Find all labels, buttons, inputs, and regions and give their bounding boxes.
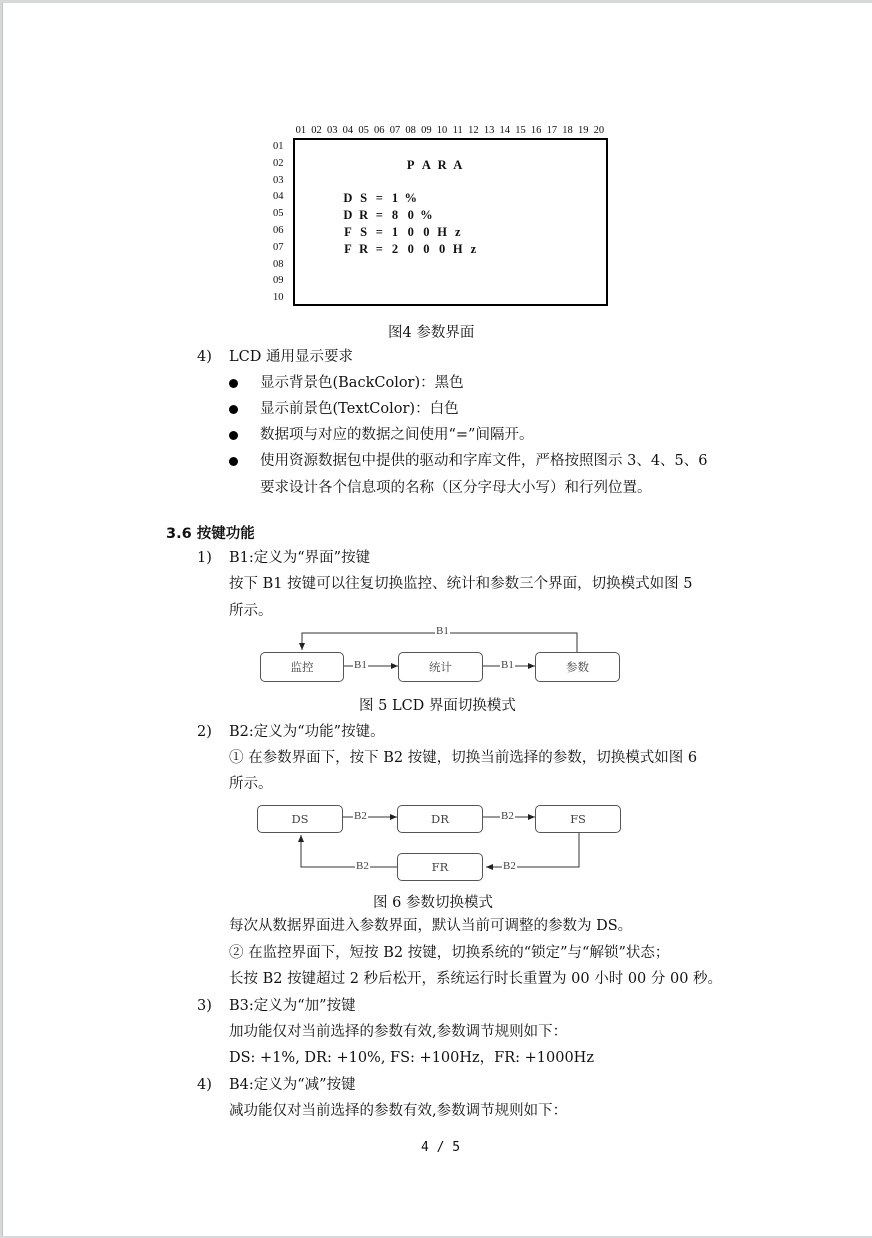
- node-fr: FR: [397, 853, 483, 881]
- b4-description: 减功能仅对当前选择的参数有效,参数调节规则如下：: [229, 1102, 567, 1120]
- b2-item-1-cont: 所示。: [229, 775, 273, 793]
- b2-default-note: 每次从数据界面进入参数界面，默认当前可调整的参数为 DS。: [229, 917, 632, 935]
- b3-description: 加功能仅对当前选择的参数有效,参数调节规则如下：: [229, 1023, 567, 1041]
- b2-item-2: ② 在监控界面下，短按 B2 按键，切换系统的“锁定”与“解锁”状态；: [229, 944, 669, 962]
- document-page: 0102030405060708091011121314151617181920…: [2, 3, 872, 1236]
- b3-title: B3:定义为“加”按键: [229, 997, 356, 1015]
- node-parameters: 参数: [535, 652, 620, 682]
- b3-rule: DS: +1%, DR: +10%, FS: +100Hz，FR: +1000H…: [229, 1049, 594, 1067]
- edge-label: B1: [500, 659, 515, 671]
- edge-label: B2: [353, 810, 368, 822]
- edge-label: B1: [435, 625, 450, 637]
- node-monitor: 监控: [260, 652, 344, 682]
- list-number: 3): [197, 997, 212, 1015]
- b2-item-2-cont: 长按 B2 按键超过 2 秒后松开，系统运行时长重置为 00 小时 00 分 0…: [229, 970, 722, 988]
- b2-item-1: ① 在参数界面下，按下 B2 按键，切换当前选择的参数，切换模式如图 6: [229, 749, 697, 767]
- b4-title: B4:定义为“减”按键: [229, 1076, 356, 1094]
- b2-title: B2:定义为“功能”按键。: [229, 723, 385, 741]
- edge-label: B2: [500, 810, 515, 822]
- list-number: 4): [197, 1076, 212, 1094]
- node-statistics: 统计: [398, 652, 483, 682]
- node-ds: DS: [257, 805, 343, 833]
- figure-5-caption: 图 5 LCD 界面切换模式: [359, 694, 516, 715]
- page-number: 4 / 5: [421, 1140, 460, 1155]
- edge-label: B2: [355, 860, 370, 872]
- figure-6-caption: 图 6 参数切换模式: [373, 891, 493, 912]
- edge-label: B2: [502, 860, 517, 872]
- list-number: 2): [197, 723, 212, 741]
- node-dr: DR: [397, 805, 483, 833]
- node-fs: FS: [535, 805, 621, 833]
- edge-label: B1: [353, 659, 368, 671]
